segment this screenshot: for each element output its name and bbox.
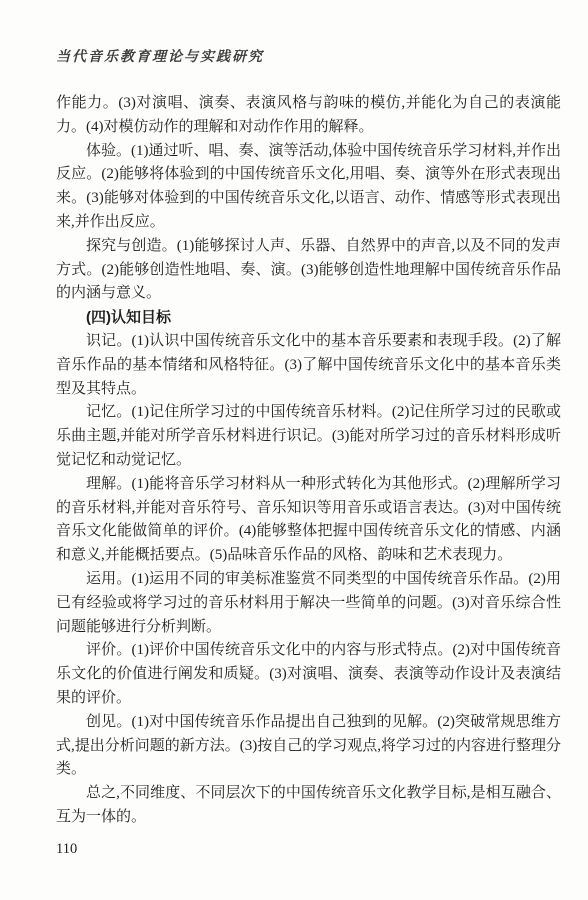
page-body-text: 作能力。(3)对演唱、演奏、表演风格与韵味的模仿,并能化为自己的表演能力。(4)… xyxy=(56,92,561,830)
paragraph: 作能力。(3)对演唱、演奏、表演风格与韵味的模仿,并能化为自己的表演能力。(4)… xyxy=(56,92,561,140)
paragraph: 理解。(1)能将音乐学习材料从一种形式转化为其他形式。(2)理解所学习的音乐材料… xyxy=(56,473,561,568)
book-page: 当代音乐教育理论与实践研究 作能力。(3)对演唱、演奏、表演风格与韵味的模仿,并… xyxy=(0,0,588,900)
paragraph: 体验。(1)通过听、唱、奏、演等活动,体验中国传统音乐学习材料,并作出反应。(2… xyxy=(56,140,561,235)
paragraph: 创见。(1)对中国传统音乐作品提出自己独到的见解。(2)突破常规思维方式,提出分… xyxy=(56,711,561,782)
paragraph: 识记。(1)认识中国传统音乐文化中的基本音乐要素和表现手段。(2)了解音乐作品的… xyxy=(56,330,561,401)
page-number: 110 xyxy=(56,841,77,858)
paragraph: 运用。(1)运用不同的审美标准鉴赏不同类型的中国传统音乐作品。(2)用已有经验或… xyxy=(56,568,561,639)
running-header: 当代音乐教育理论与实践研究 xyxy=(56,46,264,66)
paragraph: 总之,不同维度、不同层次下的中国传统音乐文化教学目标,是相互融合、互为一体的。 xyxy=(56,782,561,830)
paragraph: 评价。(1)评价中国传统音乐文化中的内容与形式特点。(2)对中国传统音乐文化的价… xyxy=(56,639,561,710)
paragraph: 探究与创造。(1)能够探讨人声、乐器、自然界中的声音,以及不同的发声方式。(2)… xyxy=(56,235,561,306)
section-heading: (四)认知目标 xyxy=(56,306,561,330)
paragraph: 记忆。(1)记住所学习过的中国传统音乐材料。(2)记住所学习过的民歌或乐曲主题,… xyxy=(56,401,561,472)
